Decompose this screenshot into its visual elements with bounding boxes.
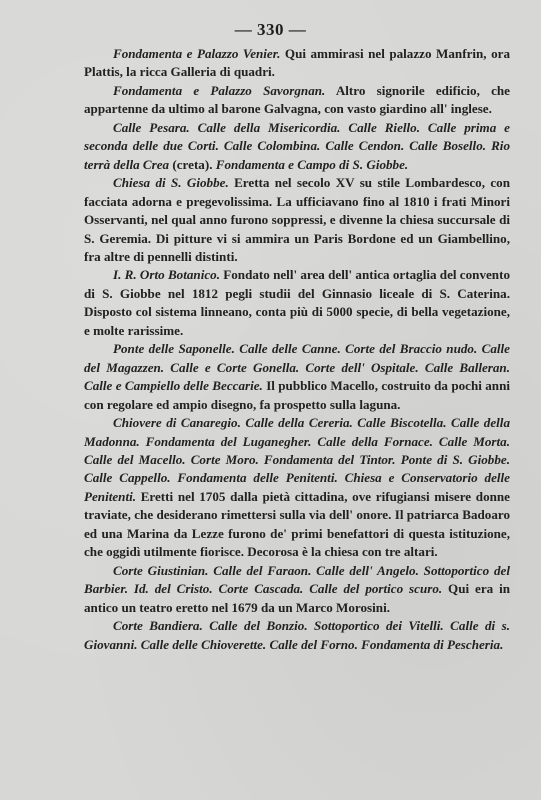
paragraph-palazzo-savorgnan: Fondamenta e Palazzo Savorgnan. Altro si… xyxy=(84,82,510,119)
paragraph-corte-bandiera: Corte Bandiera. Calle del Bonzio. Sottop… xyxy=(84,617,510,654)
paragraph-chiesa-s-giobbe: Chiesa di S. Giobbe. Eretta nel secolo X… xyxy=(84,174,510,266)
paragraph-ponte-saponelle: Ponte delle Saponelle. Calle delle Canne… xyxy=(84,340,510,414)
paragraph-chiovere-canaregio: Chiovere di Canaregio. Calle della Cerer… xyxy=(84,414,510,562)
page-number: — 330 — xyxy=(0,20,541,40)
description-text: Eretti nel 1705 dalla pietà cittadina, o… xyxy=(84,489,510,559)
place-heading: I. R. Orto Botanico. xyxy=(113,267,220,282)
place-heading: Corte Bandiera. Calle del Bonzio. Sottop… xyxy=(84,618,510,651)
place-heading: Fondamenta e Palazzo Venier. xyxy=(113,46,280,61)
place-heading: Chiesa di S. Giobbe. xyxy=(113,175,229,190)
paragraph-calle-pesara: Calle Pesara. Calle della Misericordia. … xyxy=(84,119,510,174)
place-heading: Fondamenta e Palazzo Savorgnan. xyxy=(113,83,325,98)
paragraph-corte-giustinian: Corte Giustinian. Calle del Faraon. Call… xyxy=(84,562,510,617)
description-text: (creta). xyxy=(169,157,216,172)
paragraph-orto-botanico: I. R. Orto Botanico. Fondato nell' area … xyxy=(84,266,510,340)
paragraph-palazzo-venier: Fondamenta e Palazzo Venier. Qui ammiras… xyxy=(84,45,510,82)
book-page: — 330 — Fondamenta e Palazzo Venier. Qui… xyxy=(0,0,541,800)
place-heading: Fondamenta e Campo di S. Giobbe. xyxy=(216,157,408,172)
body-text: Fondamenta e Palazzo Venier. Qui ammiras… xyxy=(84,45,510,654)
